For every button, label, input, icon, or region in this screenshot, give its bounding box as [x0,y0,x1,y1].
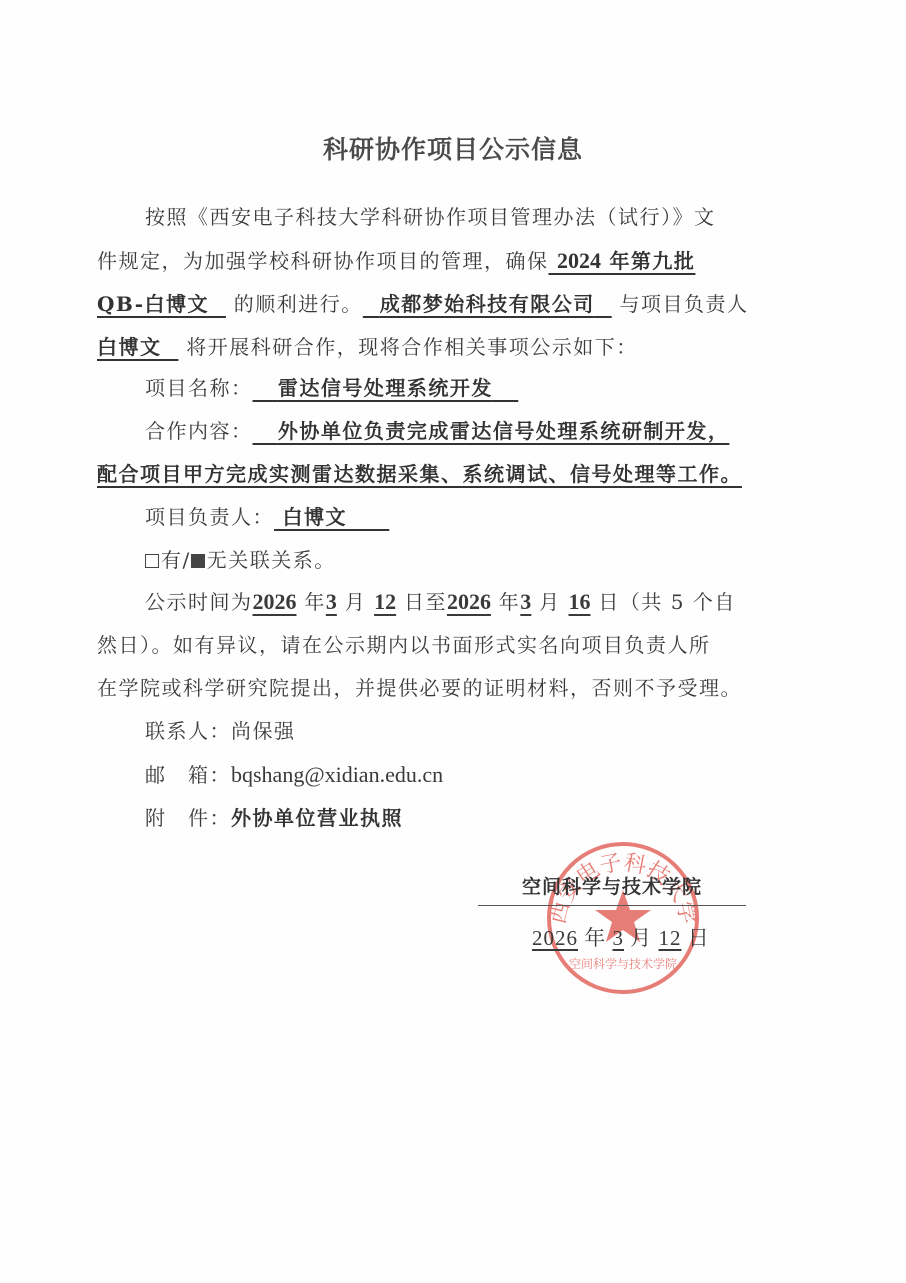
project-content-label: 合作内容： [145,419,253,443]
period-line-2: 然日）。如有异议，请在公示期内以书面形式实名向项目负责人所 [97,624,807,667]
relation-yes-label: 有 [161,548,183,572]
signature-date: 2026 年 3 月 12 日 [532,922,710,952]
batch-label: 年第九批 [609,249,695,273]
signature-unit: 空间科学与技术学院 [478,872,746,906]
attachment-row: 附 件：外协单位营业执照 [97,797,807,840]
intro-text: 件规定，为加强学校科研协作项目的管理，确保 [97,249,549,273]
project-name-value: 雷达信号处理系统开发 [253,376,519,400]
intro-line-4: 白博文 将开展科研合作，现将合作相关事项公示如下： [97,326,807,369]
leader-name: 白博文 [97,335,178,359]
project-name-label: 项目名称： [145,376,253,400]
contact-person-row: 联系人：尚保强 [97,710,807,753]
project-leader-row: 项目负责人： 白博文 [97,496,807,539]
contact-person-label: 联系人： [145,719,231,743]
project-leader-label: 项目负责人： [145,505,274,529]
contact-email-row: 邮 箱：bqshang@xidian.edu.cn [97,753,807,797]
contact-info: 联系人：尚保强 邮 箱：bqshang@xidian.edu.cn 附 件：外协… [97,710,807,840]
contact-person-value: 尚保强 [231,719,296,743]
relation-no-label: 无关联关系。 [207,548,336,572]
attachment-value[interactable]: 外协单位营业执照 [231,806,403,830]
project-content-row-2: 配合项目甲方完成实测雷达数据采集、系统调试、信号处理等工作。 [97,453,807,496]
project-content-value-2: 配合项目甲方完成实测雷达数据采集、系统调试、信号处理等工作。 [97,462,742,486]
official-seal-icon: 西安电子科技大学 空间科学与技术学院 [543,838,703,998]
intro-line-1: 按照《西安电子科技大学科研协作项目管理办法（试行）》文 [97,196,807,239]
period-paragraph: 公示时间为2026 年3 月 12 日至2026 年3 月 16 日（共 5 个… [97,580,807,710]
relation-no-checkbox[interactable] [191,554,205,568]
relation-row: 有/无关联关系。 [97,539,807,582]
intro-text: 与项目负责人 [620,292,749,316]
project-leader-value: 白博文 [274,505,389,529]
start-year: 2026 [253,589,297,614]
project-content-row: 合作内容： 外协单位负责完成雷达信号处理系统研制开发， [97,410,807,453]
batch-year: 2024 [557,248,601,273]
end-month: 3 [520,589,531,614]
page-title: 科研协作项目公示信息 [0,130,906,166]
partner-company: 成都梦始科技有限公司 [363,292,612,316]
period-line-1: 公示时间为2026 年3 月 12 日至2026 年3 月 16 日（共 5 个… [97,580,807,624]
intro-paragraph: 按照《西安电子科技大学科研协作项目管理办法（试行）》文 件规定，为加强学校科研协… [97,196,807,369]
batch-underline: 2024 年第九批 [549,249,696,273]
end-day: 16 [569,589,591,614]
contact-email-label: 邮 箱： [145,763,231,787]
intro-text: 的顺利进行。 [234,292,363,316]
contact-email-link[interactable]: bqshang@xidian.edu.cn [231,762,443,787]
attachment-label: 附 件： [145,806,231,830]
intro-line-3: QB-白博文 的顺利进行。 成都梦始科技有限公司 与项目负责人 [97,283,807,326]
intro-text: 将开展科研合作，现将合作相关事项公示如下： [186,335,638,359]
batch-code: QB-白博文 [97,292,226,316]
relation-yes-checkbox[interactable] [145,554,159,568]
intro-line-2: 件规定，为加强学校科研协作项目的管理，确保 2024 年第九批 [97,239,807,283]
start-month: 3 [326,589,337,614]
project-info: 项目名称： 雷达信号处理系统开发 合作内容： 外协单位负责完成雷达信号处理系统研… [97,367,807,582]
end-year: 2026 [447,589,491,614]
project-content-value: 外协单位负责完成雷达信号处理系统研制开发， [253,419,730,443]
svg-text:空间科学与技术学院: 空间科学与技术学院 [569,956,677,971]
project-name-row: 项目名称： 雷达信号处理系统开发 [97,367,807,410]
start-day: 12 [374,589,396,614]
period-line-3: 在学院或科学研究院提出，并提供必要的证明材料，否则不予受理。 [97,667,807,710]
